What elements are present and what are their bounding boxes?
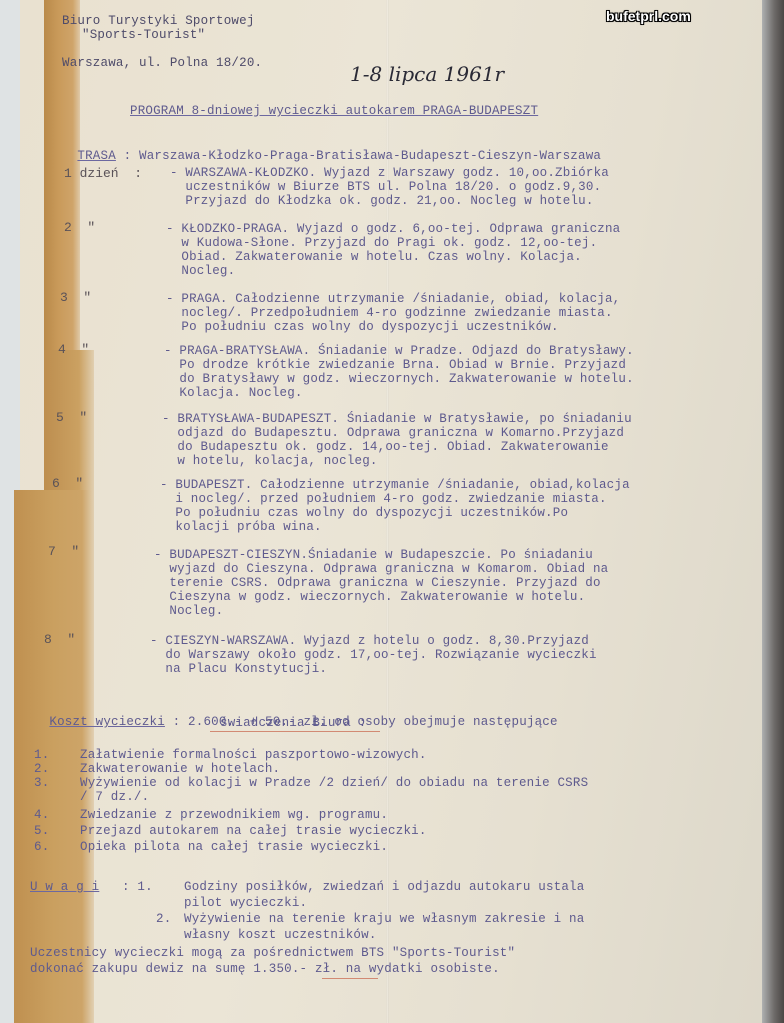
day-line: Po południu czas wolny do dyspozycji ucz… bbox=[166, 320, 559, 335]
day-line: w Kudowa-Słone. Przyjazd do Pragi ok. go… bbox=[166, 236, 597, 251]
day-number: 4 " bbox=[58, 342, 89, 357]
day-line: - KŁODZKO-PRAGA. Wyjazd o godz. 6,oo-tej… bbox=[166, 222, 620, 237]
service-text: Przejazd autokarem na całej trasie wycie… bbox=[80, 824, 427, 839]
background-edge bbox=[760, 0, 784, 1023]
route-line: TRASA : Warszawa-Kłodzko-Praga-Bratisław… bbox=[62, 134, 601, 164]
service-num: 4. bbox=[34, 808, 49, 823]
cost-label: Koszt wycieczki bbox=[49, 715, 165, 729]
day-number: 7 " bbox=[48, 544, 79, 559]
service-text: / 7 dz./. bbox=[80, 790, 149, 805]
day-number: 8 " bbox=[44, 632, 75, 647]
org-address: Warszawa, ul. Polna 18/20. bbox=[62, 56, 262, 71]
note-num: : 1. bbox=[122, 880, 153, 895]
day-number: 5 " bbox=[56, 410, 87, 425]
org-brand: "Sports-Tourist" bbox=[82, 28, 205, 43]
day-line: - BUDAPESZT-CIESZYN.Śniadanie w Budapesz… bbox=[154, 548, 593, 563]
day-line: - BUDAPESZT. Całodzienne utrzymanie /śni… bbox=[160, 478, 630, 493]
day-number: 3 " bbox=[60, 290, 91, 305]
service-text: Załatwienie formalności paszportowo-wizo… bbox=[80, 748, 427, 763]
day-line: Kolacja. Nocleg. bbox=[164, 386, 303, 401]
note-num: 2. bbox=[156, 912, 171, 927]
service-text: Zakwaterowanie w hotelach. bbox=[80, 762, 280, 777]
note-text: Wyżywienie na terenie kraju we własnym z… bbox=[184, 912, 584, 927]
day-line: - PRAGA. Całodzienne utrzymanie /śniadan… bbox=[166, 292, 620, 307]
day-line: w hotelu, kolacja, nocleg. bbox=[162, 454, 378, 469]
watermark: bufetprl.com bbox=[606, 8, 691, 24]
note-text: pilot wycieczki. bbox=[184, 896, 307, 911]
day-line: - PRAGA-BRATYSŁAWA. Śniadanie w Pradze. … bbox=[164, 344, 634, 359]
day-line: do Bratysławy w godz. wieczornych. Zakwa… bbox=[164, 372, 634, 387]
day-number: 2 " bbox=[64, 220, 95, 235]
service-num: 6. bbox=[34, 840, 49, 855]
day-line: do Budapesztu ok. godz. 14,oo-tej. Obiad… bbox=[162, 440, 609, 455]
day-line: Po południu czas wolny do dyspozycji ucz… bbox=[160, 506, 568, 521]
pen-mark bbox=[210, 731, 380, 732]
day-line: kolacji próba wina. bbox=[160, 520, 322, 535]
day-line: i nocleg/. przed południem 4-ro godz. zw… bbox=[160, 492, 607, 507]
day-line: - CIESZYN-WARSZAWA. Wyjazd z hotelu o go… bbox=[150, 634, 589, 649]
day-line: Nocleg. bbox=[166, 264, 235, 279]
footer-line: Uczestnicy wycieczki mogą za pośrednictw… bbox=[30, 946, 515, 961]
service-num: 2. bbox=[34, 762, 49, 777]
service-num: 5. bbox=[34, 824, 49, 839]
day-line: nocleg/. Przedpołudniem 4-ro godzinne zw… bbox=[166, 306, 613, 321]
day-line: Po drodze krótkie zwiedzanie Brna. Obiad… bbox=[164, 358, 626, 373]
handwritten-date: 1-8 lipca 1961r bbox=[350, 62, 504, 86]
cost-line2: świadczenia Biura : bbox=[220, 716, 366, 731]
route-label: TRASA bbox=[77, 149, 116, 163]
day-line: Nocleg. bbox=[154, 604, 223, 619]
document-title: PROGRAM 8-dniowej wycieczki autokarem PR… bbox=[130, 104, 538, 119]
note-text: Godziny posiłków, zwiedzań i odjazdu aut… bbox=[184, 880, 584, 895]
day-line: terenie CSRS. Odprawa graniczna w Cieszy… bbox=[154, 576, 601, 591]
service-num: 3. bbox=[34, 776, 49, 791]
day-line: uczestników w Biurze BTS ul. Polna 18/20… bbox=[170, 180, 601, 195]
service-text: Wyżywienie od kolacji w Pradze /2 dzień/… bbox=[80, 776, 588, 791]
day-line: na Placu Konstytucji. bbox=[150, 662, 327, 677]
day-line: Cieszyna w godz. wieczornych. Zakwaterow… bbox=[154, 590, 585, 605]
service-text: Zwiedzanie z przewodnikiem wg. programu. bbox=[80, 808, 388, 823]
note-text: własny koszt uczestników. bbox=[184, 928, 377, 943]
day-number: 1 dzień : bbox=[64, 166, 142, 181]
org-name: Biuro Turystyki Sportowej bbox=[62, 14, 255, 29]
footer-line: dokonać zakupu dewiz na sumę 1.350.- zł.… bbox=[30, 962, 500, 977]
route-value: : Warszawa-Kłodzko-Praga-Bratisława-Buda… bbox=[124, 149, 601, 163]
day-line: do Warszawy około godz. 17,oo-tej. Rozwi… bbox=[150, 648, 597, 663]
day-line: Przyjazd do Kłodzka ok. godz. 21,oo. Noc… bbox=[170, 194, 594, 209]
day-line: - BRATYSŁAWA-BUDAPESZT. Śniadanie w Brat… bbox=[162, 412, 632, 427]
service-num: 1. bbox=[34, 748, 49, 763]
day-line: wyjazd do Cieszyna. Odprawa graniczna w … bbox=[154, 562, 608, 577]
pen-mark bbox=[322, 978, 378, 979]
day-line: - WARSZAWA-KŁODZKO. Wyjazd z Warszawy go… bbox=[170, 166, 609, 181]
day-line: Obiad. Zakwaterowanie w hotelu. Czas wol… bbox=[166, 250, 582, 265]
day-line: odjazd do Budapesztu. Odprawa graniczna … bbox=[162, 426, 624, 441]
day-number: 6 " bbox=[52, 476, 83, 491]
notes-label: U w a g i bbox=[30, 880, 99, 895]
service-text: Opieka pilota na całej trasie wycieczki. bbox=[80, 840, 388, 855]
